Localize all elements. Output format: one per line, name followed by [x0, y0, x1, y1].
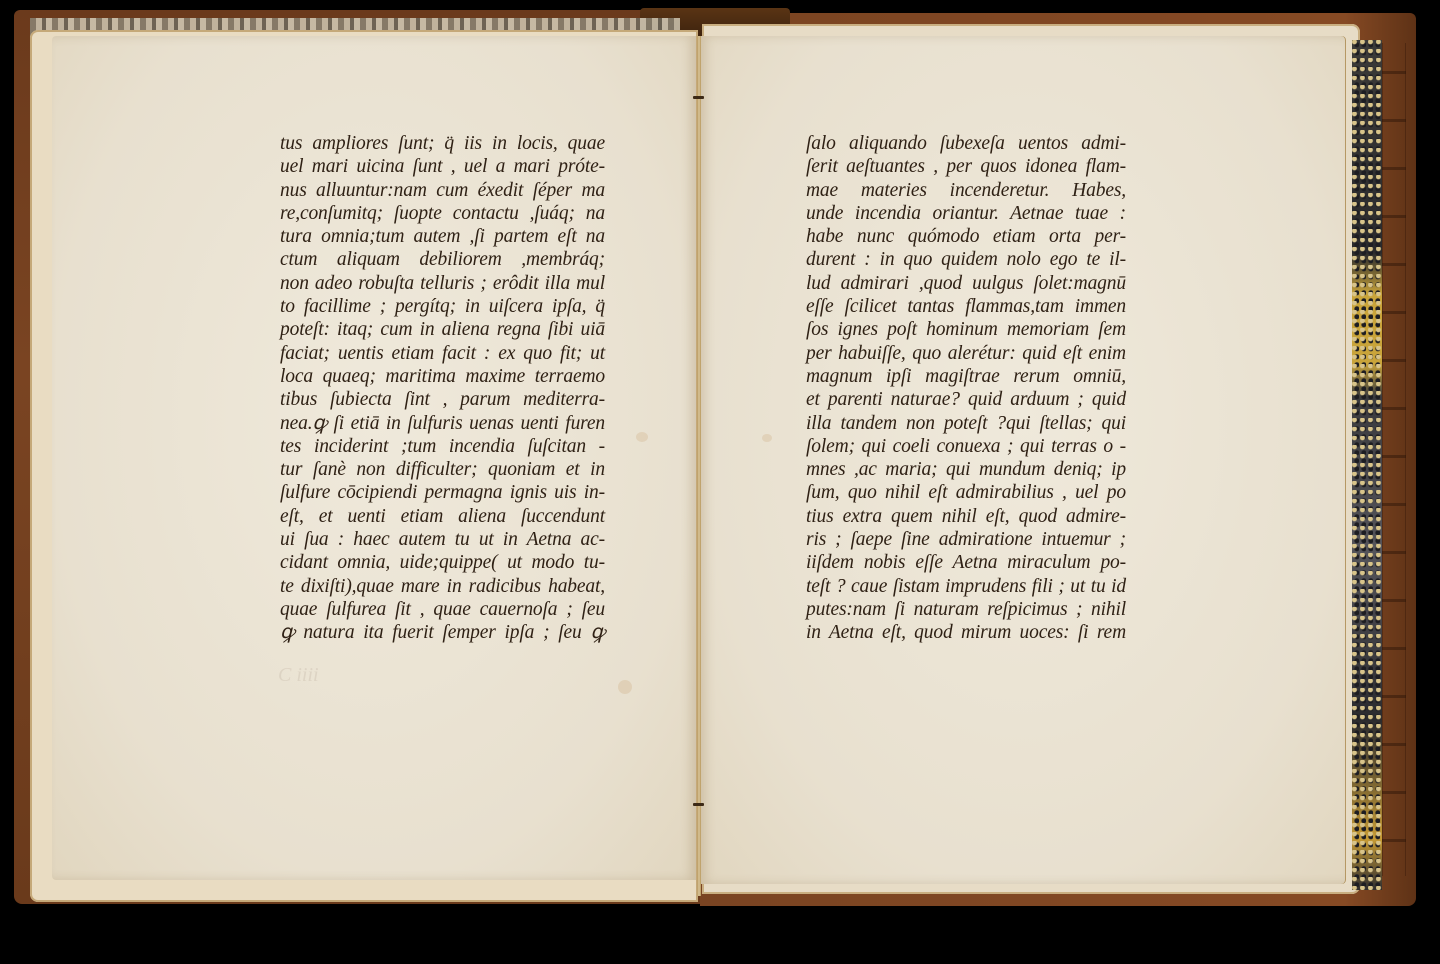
text-line: faciat; uentis etiam facit : ex quo fit;… — [280, 342, 605, 365]
text-line: ſerit aeſtuantes , per quos idonea flam- — [806, 155, 1126, 178]
left-page-text: tus ampliores ſunt; q̈ iis in locis, qua… — [280, 132, 605, 645]
text-line: iiſdem nobis eſſe Aetna miraculum po- — [806, 551, 1126, 574]
right-page-text: ſalo aliquando ſubexeſa uentos admi- ſer… — [806, 132, 1126, 645]
text-line: durent : in quo quidem nolo ego te il- — [806, 248, 1126, 271]
text-line: per habuiſſe, quo alerétur: quid eſt eni… — [806, 342, 1126, 365]
text-line: re,conſumitq; ſuopte contactu ,ſuáq; na — [280, 202, 605, 225]
text-line: tius extra quem nihil eſt, quod admire- — [806, 505, 1126, 528]
text-line: magnum ipſi magiſtrae rerum omniū, — [806, 365, 1126, 388]
text-line: tura omnia;tum autem ,ſi partem eſt na — [280, 225, 605, 248]
text-line: tus ampliores ſunt; q̈ iis in locis, qua… — [280, 132, 605, 155]
show-through-signature: C iiii — [278, 664, 319, 687]
text-line: tur ſanè non difficulter; quoniam et in — [280, 458, 605, 481]
text-line: cidant omnia, uide;quippe( ut modo tu- — [280, 551, 605, 574]
text-line: eſt, et uenti etiam aliena ſuccendunt — [280, 505, 605, 528]
text-line: eſſe ſcilicet tantas flammas,tam immen — [806, 295, 1126, 318]
text-line: ctum aliquam debiliorem ,membráq; — [280, 248, 605, 271]
foxing-spot — [636, 432, 648, 442]
binding-stitch — [693, 96, 704, 99]
text-line: ſos ignes poſt hominum memoriam ſem — [806, 318, 1126, 341]
foxing-spot — [762, 434, 772, 442]
text-line: tes inciderint ;tum incendia ſuſcitan - — [280, 435, 605, 458]
text-line: nea.ꝙ ſi etiā in ſulfuris uenas uenti fu… — [280, 412, 605, 435]
text-line: ſulfure cōcipiendi permagna ignis uis in… — [280, 481, 605, 504]
text-line: habe nunc quómodo etiam orta per- — [806, 225, 1126, 248]
text-line: uel mari uicina ſunt , uel a mari próte- — [280, 155, 605, 178]
text-line: quae ſulfurea ſit , quae cauernoſa ; ſeu — [280, 598, 605, 621]
text-line: ui ſua : haec autem tu ut in Aetna ac- — [280, 528, 605, 551]
text-line: ſalo aliquando ſubexeſa uentos admi- — [806, 132, 1126, 155]
text-line: to facillime ; pergítq; in uiſcera ipſa,… — [280, 295, 605, 318]
text-line: putes:nam ſi naturam reſpicimus ; nihil — [806, 598, 1126, 621]
gutter-fold — [697, 36, 701, 896]
text-line: tibus ſubiecta ſint , parum mediterra- — [280, 388, 605, 411]
text-line: poteſt: itaq; cum in aliena regna ſibi u… — [280, 318, 605, 341]
text-line: nus alluuntur:nam cum éxedit ſéper ma — [280, 179, 605, 202]
text-line: unde incendia oriantur. Aetnae tuae : — [806, 202, 1126, 225]
text-line: non adeo robuſta telluris ; erôdit illa … — [280, 272, 605, 295]
text-line: ris ; ſaepe ſine admiratione intuemur ; — [806, 528, 1126, 551]
text-line: ſolem; qui coeli conuexa ; qui terras o … — [806, 435, 1126, 458]
text-line: mae materies incenderetur. Habes, — [806, 179, 1126, 202]
binding-stitch — [693, 803, 704, 806]
marbled-endpaper — [1352, 40, 1382, 890]
text-line: te dixiſti),quae mare in radicibus habea… — [280, 575, 605, 598]
foxing-spot — [618, 680, 632, 694]
text-line: mnes ,ac maria; qui mundum deniq; ip — [806, 458, 1126, 481]
text-line: illa tandem non poteſt ?qui ſtellas; qui — [806, 412, 1126, 435]
text-line: teſt ? caue ſistam imprudens fili ; ut t… — [806, 575, 1126, 598]
text-line: loca quaeq; maritima maxime terraemo — [280, 365, 605, 388]
text-line: ꝙ natura ita fuerit ſemper ipſa ; ſeu ꝙ — [280, 621, 605, 644]
text-line: lud admirari ,quod uulgus ſolet:magnū — [806, 272, 1126, 295]
text-line: ſum, quo nihil eſt admirabilius , uel po — [806, 481, 1126, 504]
text-line: in Aetna eſt, quod mirum uoces: ſi rem — [806, 621, 1126, 644]
text-line: et parenti naturae? quid arduum ; quid — [806, 388, 1126, 411]
blind-tooled-border — [1382, 43, 1406, 876]
book-photo: C iiii tus ampliores ſunt; q̈ iis in loc… — [0, 0, 1440, 964]
